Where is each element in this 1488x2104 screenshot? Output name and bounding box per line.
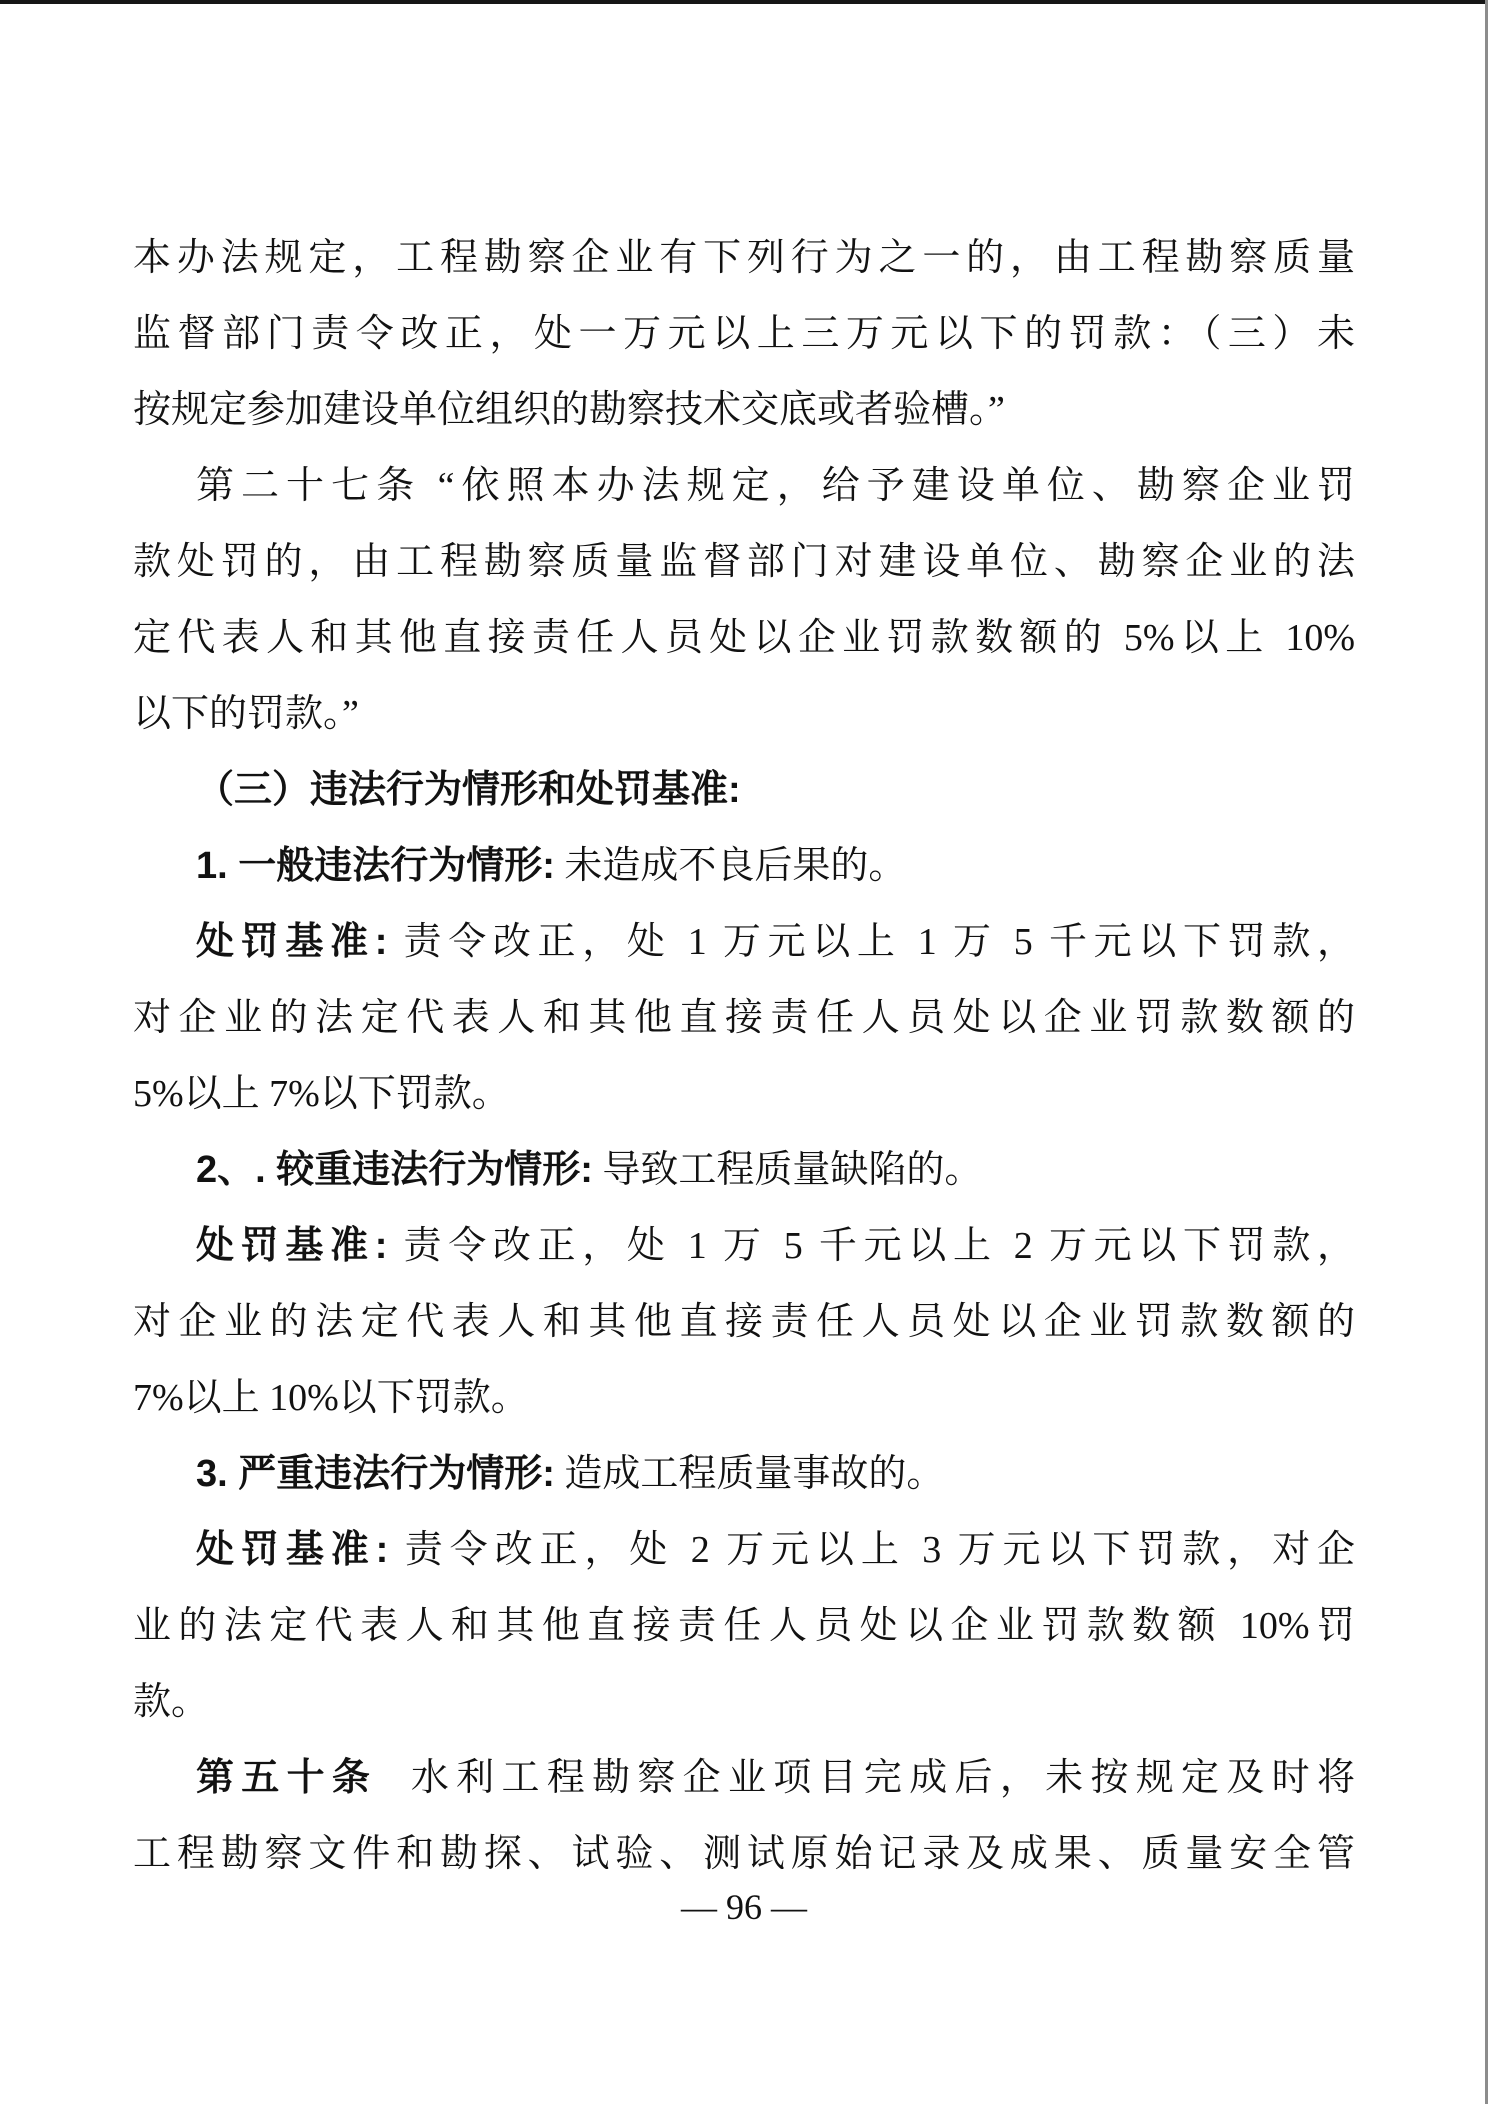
text-segment: 导致工程质量缺陷的。 xyxy=(593,1149,983,1191)
bold-text-segment: 处罚基准: xyxy=(196,921,387,963)
text-segment: 对企业的法定代表人和其他直接责任人员处以企业罚款数额的 xyxy=(133,997,1355,1039)
text-line: 第二十七条 “依照本办法规定，给予建设单位、勘察企业罚 xyxy=(133,448,1355,524)
text-segment: 以下的罚款。” xyxy=(133,693,359,735)
text-line: 5%以上 7%以下罚款。 xyxy=(133,1056,1355,1132)
bold-text-segment: 第五十条 xyxy=(196,1757,377,1799)
text-segment: 第二十七条 “依照本办法规定，给予建设单位、勘察企业罚 xyxy=(196,465,1355,507)
bold-text-segment: 1. 一般违法行为情形: xyxy=(196,845,555,887)
text-segment: 对企业的法定代表人和其他直接责任人员处以企业罚款数额的 xyxy=(133,1301,1355,1343)
text-line: 处罚基准: 责令改正，处 2 万元以上 3 万元以下罚款，对企 xyxy=(133,1512,1355,1588)
text-line: 7%以上 10%以下罚款。 xyxy=(133,1360,1355,1436)
text-line: 款处罚的，由工程勘察质量监督部门对建设单位、勘察企业的法 xyxy=(133,524,1355,600)
bold-text-segment: 2、. 较重违法行为情形: xyxy=(196,1149,593,1191)
bold-text-segment: 处罚基准: xyxy=(196,1529,388,1571)
text-segment: 7%以上 10%以下罚款。 xyxy=(133,1377,529,1419)
text-line: 款。 xyxy=(133,1664,1355,1740)
text-segment: 工程勘察文件和勘探、试验、测试原始记录及成果、质量安全管 xyxy=(133,1833,1355,1875)
text-line: 本办法规定，工程勘察企业有下列行为之一的，由工程勘察质量 xyxy=(133,220,1355,296)
text-line: 以下的罚款。” xyxy=(133,676,1355,752)
text-line: 2、. 较重违法行为情形: 导致工程质量缺陷的。 xyxy=(133,1132,1355,1208)
text-segment: 责令改正，处 1 万元以上 1 万 5 千元以下罚款， xyxy=(387,921,1355,963)
text-line: 工程勘察文件和勘探、试验、测试原始记录及成果、质量安全管 xyxy=(133,1816,1355,1892)
text-line: 对企业的法定代表人和其他直接责任人员处以企业罚款数额的 xyxy=(133,1284,1355,1360)
bold-text-segment: （三）违法行为情形和处罚基准: xyxy=(196,769,741,811)
text-line: 3. 严重违法行为情形: 造成工程质量事故的。 xyxy=(133,1436,1355,1512)
text-line: 处罚基准: 责令改正，处 1 万 5 千元以上 2 万元以下罚款， xyxy=(133,1208,1355,1284)
page-top-edge-bar xyxy=(0,0,1488,4)
text-segment: 按规定参加建设单位组织的勘察技术交底或者验槽。” xyxy=(133,389,1005,431)
text-segment: 责令改正，处 1 万 5 千元以上 2 万元以下罚款， xyxy=(387,1225,1355,1267)
text-segment: 定代表人和其他直接责任人员处以企业罚款数额的 5%以上 10% xyxy=(133,617,1355,659)
text-line: 1. 一般违法行为情形: 未造成不良后果的。 xyxy=(133,828,1355,904)
text-segment: 5%以上 7%以下罚款。 xyxy=(133,1073,510,1115)
bold-text-segment: 处罚基准: xyxy=(196,1225,387,1267)
text-segment: 责令改正，处 2 万元以上 3 万元以下罚款，对企 xyxy=(388,1529,1355,1571)
text-segment: 水利工程勘察企业项目完成后，未按规定及时将 xyxy=(377,1757,1355,1799)
text-line: 处罚基准: 责令改正，处 1 万元以上 1 万 5 千元以下罚款， xyxy=(133,904,1355,980)
text-segment: 款处罚的，由工程勘察质量监督部门对建设单位、勘察企业的法 xyxy=(133,541,1355,583)
text-segment: 未造成不良后果的。 xyxy=(555,845,907,887)
text-line: 按规定参加建设单位组织的勘察技术交底或者验槽。” xyxy=(133,372,1355,448)
text-segment: 本办法规定，工程勘察企业有下列行为之一的，由工程勘察质量 xyxy=(133,237,1355,279)
text-segment: 款。 xyxy=(133,1681,209,1723)
text-line: 业的法定代表人和其他直接责任人员处以企业罚款数额 10%罚 xyxy=(133,1588,1355,1664)
bold-text-segment: 3. 严重违法行为情形: xyxy=(196,1453,555,1495)
text-line: 监督部门责令改正，处一万元以上三万元以下的罚款：（三）未 xyxy=(133,296,1355,372)
text-line: 第五十条 水利工程勘察企业项目完成后，未按规定及时将 xyxy=(133,1740,1355,1816)
text-line: 定代表人和其他直接责任人员处以企业罚款数额的 5%以上 10% xyxy=(133,600,1355,676)
page-number: — 96 — xyxy=(0,1882,1488,1932)
text-line: （三）违法行为情形和处罚基准: xyxy=(133,752,1355,828)
text-line: 对企业的法定代表人和其他直接责任人员处以企业罚款数额的 xyxy=(133,980,1355,1056)
text-segment: 造成工程质量事故的。 xyxy=(555,1453,945,1495)
text-block: 本办法规定，工程勘察企业有下列行为之一的，由工程勘察质量监督部门责令改正，处一万… xyxy=(133,220,1355,1892)
text-segment: 监督部门责令改正，处一万元以上三万元以下的罚款：（三）未 xyxy=(133,313,1355,355)
text-segment: 业的法定代表人和其他直接责任人员处以企业罚款数额 10%罚 xyxy=(133,1605,1355,1647)
